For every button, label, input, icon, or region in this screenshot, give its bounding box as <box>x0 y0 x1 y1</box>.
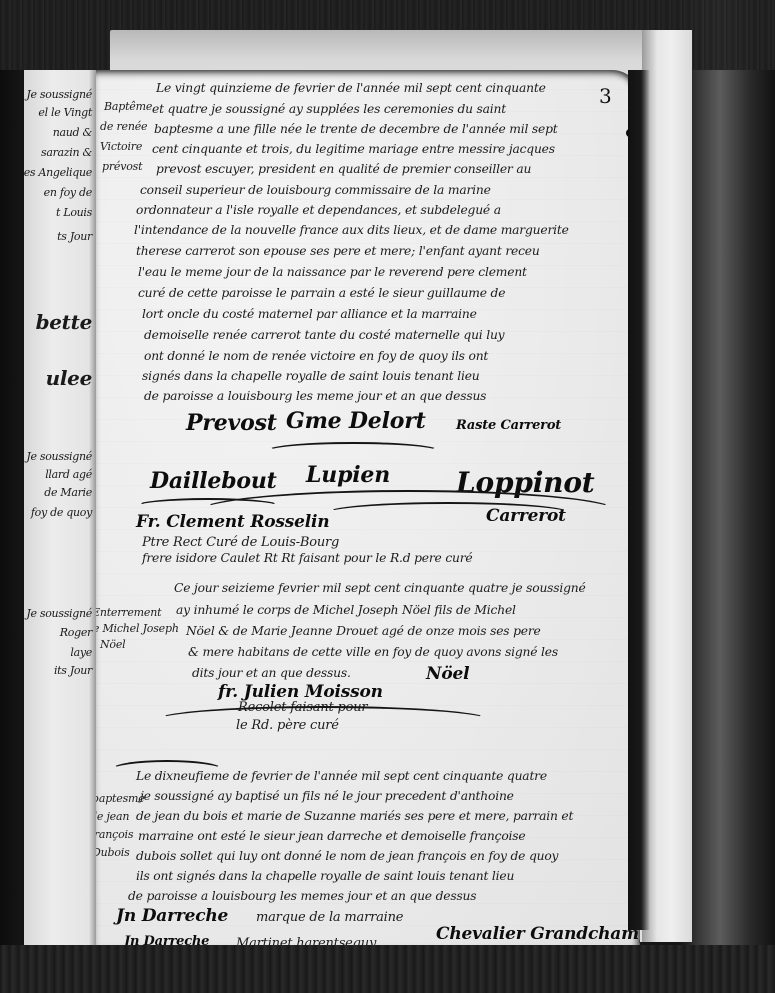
left-fragment: elles Angelique <box>24 166 92 179</box>
left-fragment: de Marie <box>44 486 92 499</box>
entry-line: & mere habitans de cette ville en foy de… <box>188 646 558 658</box>
entry-line: ordonnateur a l'isle royalle et dependan… <box>136 204 501 216</box>
left-fragment: Je soussigné <box>26 607 92 620</box>
entry-line: therese carrerot son epouse ses pere et … <box>136 245 540 257</box>
entry-line: de paroisse a louisbourg les meme jour e… <box>144 390 486 402</box>
signature: Daillebout <box>150 468 277 494</box>
margin-note: de Michel Joseph <box>96 622 179 635</box>
margin-note: prévost <box>102 160 142 173</box>
scanner-background-bottom <box>0 945 775 993</box>
margin-note: Enterrement <box>96 606 161 619</box>
signature: Prevost <box>186 410 277 436</box>
margin-note: Baptême <box>104 100 152 113</box>
entry-line: Le dixneufieme de fevrier de l'année mil… <box>136 770 547 782</box>
signature: Jn Darreche <box>116 906 228 926</box>
entry-line: cent cinquante et trois, du legitime mar… <box>152 143 555 155</box>
left-fragment: ulee <box>46 366 92 390</box>
signature-note: marque de la marraine <box>256 910 403 925</box>
left-fragment: llard agé <box>45 468 92 481</box>
left-fragment: ts Jour <box>57 230 92 243</box>
entry-line: Nöel & de Marie Jeanne Drouet agé de onz… <box>186 625 541 637</box>
left-fragment: en foy de <box>44 186 92 199</box>
entry-line: prevost escuyer, president en qualité de… <box>156 163 531 175</box>
signature: fr. Julien Moisson <box>218 682 383 702</box>
signature: Chevalier Grandchamps <box>436 924 640 944</box>
entry-line: l'intendance de la nouvelle france aux d… <box>134 224 569 236</box>
left-fragment: t Louis <box>56 206 92 219</box>
left-fragment: sarazin & <box>41 146 92 159</box>
margin-note: françois <box>96 828 133 841</box>
entry-line: ont donné le nom de renée victoire en fo… <box>144 350 488 362</box>
signature-flourish <box>196 490 620 534</box>
entry-line: Le vingt quinzieme de fevrier de l'année… <box>156 82 546 94</box>
entry-line: conseil superieur de louisbourg commissa… <box>140 184 491 196</box>
scanned-register: ar Je soussigné el le Vingt naud & saraz… <box>0 0 775 993</box>
margin-note: de renée <box>100 120 147 133</box>
signature-flourish <box>266 442 440 460</box>
left-fragment: laye <box>70 646 92 659</box>
page-edge-shadow <box>628 70 650 930</box>
entry-line: signés dans la chapelle royalle de saint… <box>142 370 480 382</box>
entry-line: ils ont signés dans la chapelle royalle … <box>136 870 514 882</box>
margin-note: Victoire <box>100 140 142 153</box>
signature: Raste Carrerot <box>456 418 561 433</box>
left-fragment: foy de quoy <box>31 506 92 519</box>
entry-line: baptesme a une fille née le trente de de… <box>154 123 558 135</box>
margin-note: Dubois <box>96 846 130 859</box>
entry-line: Ce jour seizieme fevrier mil sept cent c… <box>174 582 586 594</box>
entry-line: dits jour et an que dessus. <box>192 667 351 679</box>
signature-flourish <box>156 706 490 734</box>
left-fragment: its Jour <box>54 664 92 677</box>
entry-line: dubois sollet qui luy ont donné le nom d… <box>136 850 558 862</box>
entry-line: et quatre je soussigné ay supplées les c… <box>152 103 506 115</box>
signature: Gme Delort <box>286 408 426 434</box>
page-number: 3 <box>599 84 612 108</box>
left-fragment: ar Je soussigné <box>24 88 92 101</box>
margin-note: de jean <box>96 810 129 823</box>
entry-line: curé de cette paroisse le parrain a esté… <box>138 287 505 299</box>
left-fragment: bette <box>36 310 92 334</box>
left-fragment: Je soussigné <box>26 450 92 463</box>
entry-line: marraine ont esté le sieur jean darreche… <box>138 830 525 842</box>
entry-line: ay inhumé le corps de Michel Joseph Nöel… <box>176 604 516 616</box>
entry-line: l'eau le meme jour de la naissance par l… <box>138 266 527 278</box>
left-fragment: el le Vingt <box>38 106 92 119</box>
entry-line: lort oncle du costé maternel par allianc… <box>142 308 477 320</box>
entry-line: de jean du bois et marie de Suzanne mari… <box>136 810 573 822</box>
signature: Lupien <box>306 462 390 488</box>
left-adjacent-page: ar Je soussigné el le Vingt naud & saraz… <box>24 70 98 945</box>
signature-title: Ptre Rect Curé de Louis-Bourg <box>142 535 339 550</box>
signature: Nöel <box>426 664 469 684</box>
signature-line: frere isidore Caulet Rt Rt faisant pour … <box>142 552 472 564</box>
margin-note: Nöel <box>100 638 125 651</box>
left-fragment: Roger <box>60 626 92 639</box>
margin-note: baptesme <box>96 792 145 805</box>
register-page: 3 Baptême de renée Victoire prévost Le v… <box>96 70 640 948</box>
entry-line: de paroisse a louisbourg les memes jour … <box>128 890 476 902</box>
entry-line: je soussigné ay baptisé un fils né le jo… <box>140 790 514 802</box>
left-fragment: naud & <box>53 126 92 139</box>
entry-line: demoiselle renée carrerot tante du costé… <box>144 329 504 341</box>
